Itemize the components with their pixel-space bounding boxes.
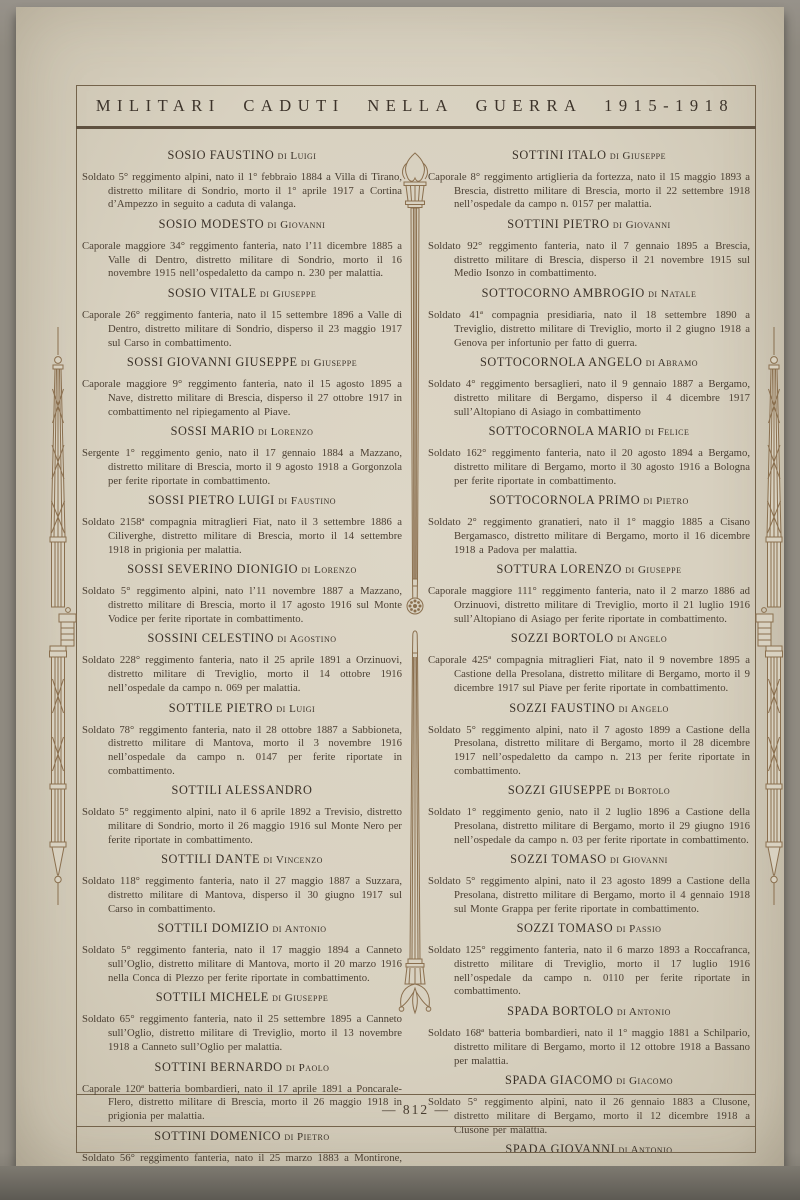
scanned-book-photo: MILITARI CADUTI NELLA GUERRA 1915-1918 S… — [0, 0, 800, 1200]
fasces-right-icon — [754, 327, 794, 905]
soldier-patronymic: di Giuseppe — [622, 564, 681, 576]
soldier-name-heading: SOTTILI MICHELE di Giuseppe — [82, 985, 402, 1007]
soldier-name: SOSSI MARIO — [171, 424, 255, 438]
soldier-name: SOTTILE PIETRO — [169, 701, 273, 715]
soldier-name: SOTTILI DOMIZIO — [157, 921, 269, 935]
soldier-record: Soldato 228° reggimento fanteria, nato i… — [82, 654, 402, 695]
soldier-entry: SOTTILE PIETRO di Luigi Soldato 78° regg… — [82, 696, 402, 779]
soldier-patronymic: di Giovanni — [610, 219, 671, 231]
soldier-patronymic: di Faustino — [275, 495, 336, 507]
soldier-name-heading: SOTTILE PIETRO di Luigi — [82, 696, 402, 718]
torch-column-icon — [397, 149, 433, 611]
soldier-record: Caporale maggiore 34° reggimento fanteri… — [82, 240, 402, 281]
soldier-name: SOTTINI PIETRO — [507, 217, 609, 231]
soldier-patronymic: di Luigi — [274, 150, 316, 162]
soldier-entry: SOSSI PIETRO LUIGI di Faustino Soldato 2… — [82, 488, 402, 557]
soldier-name: SOTTINI BERNARDO — [155, 1060, 283, 1074]
soldier-record: Soldato 5° reggimento alpini, nato il 23… — [428, 875, 750, 916]
soldier-patronymic: di Giacomo — [613, 1075, 673, 1087]
soldier-record: Soldato 168ª batteria bombardieri, nato … — [428, 1027, 750, 1068]
footer-rule-box — [76, 1126, 756, 1153]
soldier-patronymic: di Pietro — [640, 495, 689, 507]
soldier-name-heading: SOSSI PIETRO LUIGI di Faustino — [82, 488, 402, 510]
soldier-entry: SOZZI BORTOLO di Angelo Caporale 425ª co… — [428, 626, 750, 695]
soldier-name: SOSIO VITALE — [168, 286, 257, 300]
soldier-entry: SOSSI GIOVANNI GIUSEPPE di Giuseppe Capo… — [82, 350, 402, 419]
soldier-name-heading: SOTTINI PIETRO di Giovanni — [428, 212, 750, 234]
soldier-entry: SOTTILI MICHELE di Giuseppe Soldato 65° … — [82, 985, 402, 1054]
soldier-patronymic: di Giovanni — [607, 854, 668, 866]
soldier-name-heading: SOZZI FAUSTINO di Angelo — [428, 696, 750, 718]
soldier-patronymic: di Giuseppe — [269, 992, 328, 1004]
soldier-name-heading: SOTTILI DANTE di Vincenzo — [82, 847, 402, 869]
soldier-entry: SOTTILI ALESSANDRO Soldato 5° reggimento… — [82, 778, 402, 847]
soldier-name: SPADA GIACOMO — [505, 1073, 613, 1087]
soldier-record: Caporale maggiore 9° reggimento fanteria… — [82, 378, 402, 419]
soldier-name: SOZZI GIUSEPPE — [508, 783, 612, 797]
soldier-name-heading: SOTTILI DOMIZIO di Antonio — [82, 916, 402, 938]
soldier-record: Soldato 2158ª compagnia mitraglieri Fiat… — [82, 516, 402, 557]
book-page: MILITARI CADUTI NELLA GUERRA 1915-1918 S… — [16, 7, 784, 1167]
soldier-name-heading: SOTTOCORNOLA PRIMO di Pietro — [428, 488, 750, 510]
soldier-name-heading: SOTTURA LORENZO di Giuseppe — [428, 557, 750, 579]
soldier-record: Caporale 8° reggimento artiglieria da fo… — [428, 171, 750, 212]
soldier-name-heading: SOSSI GIOVANNI GIUSEPPE di Giuseppe — [82, 350, 402, 372]
soldier-entry: SOTTOCORNO AMBROGIO di Natale Soldato 41… — [428, 281, 750, 350]
soldier-name-heading: SOSSI MARIO di Lorenzo — [82, 419, 402, 441]
soldier-name: SOSSI PIETRO LUIGI — [148, 493, 275, 507]
soldier-name-heading: SOTTINI BERNARDO di Paolo — [82, 1055, 402, 1077]
soldier-record: Soldato 4° reggimento bersaglieri, nato … — [428, 378, 750, 419]
soldier-entry: SOSIO MODESTO di Giovanni Caporale maggi… — [82, 212, 402, 281]
soldier-record: Soldato 118° reggimento fanteria, nato i… — [82, 875, 402, 916]
soldier-entry: SOTTINI PIETRO di Giovanni Soldato 92° r… — [428, 212, 750, 281]
soldier-name-heading: SOTTOCORNOLA MARIO di Felice — [428, 419, 750, 441]
soldier-record: Soldato 65° reggimento fanteria, nato il… — [82, 1013, 402, 1054]
soldier-patronymic: di Natale — [645, 288, 697, 300]
soldier-entry: SOTTOCORNOLA MARIO di Felice Soldato 162… — [428, 419, 750, 488]
soldier-name-heading: SPADA GIACOMO di Giacomo — [428, 1068, 750, 1090]
soldier-name: SOTTOCORNOLA ANGELO — [480, 355, 643, 369]
soldier-name-heading: SOSSI SEVERINO DIONIGIO di Lorenzo — [82, 557, 402, 579]
soldier-patronymic: di Luigi — [273, 703, 315, 715]
soldier-patronymic: di Lorenzo — [255, 426, 314, 438]
soldier-name: SOZZI TOMASO — [517, 921, 614, 935]
soldier-record: Soldato 78° reggimento fanteria, nato il… — [82, 724, 402, 779]
page-header: MILITARI CADUTI NELLA GUERRA 1915-1918 — [76, 86, 754, 126]
column-right: SOTTINI ITALO di Giuseppe Caporale 8° re… — [428, 143, 750, 1091]
soldier-name-heading: SOZZI BORTOLO di Angelo — [428, 626, 750, 648]
soldier-name-heading: SOSIO FAUSTINO di Luigi — [82, 143, 402, 165]
soldier-entry: SOZZI TOMASO di Passio Soldato 125° regg… — [428, 916, 750, 999]
soldier-name-heading: SOZZI GIUSEPPE di Bortolo — [428, 778, 750, 800]
soldier-entry: SOTTOCORNOLA PRIMO di Pietro Soldato 2° … — [428, 488, 750, 557]
soldier-record: Caporale maggiore 111° reggimento fanter… — [428, 585, 750, 626]
soldier-record: Caporale 425ª compagnia mitraglieri Fiat… — [428, 654, 750, 695]
fasces-left-icon — [38, 327, 78, 905]
soldier-name-heading: SOZZI TOMASO di Passio — [428, 916, 750, 938]
soldier-name: SOTTILI ALESSANDRO — [172, 783, 313, 797]
soldier-name: SOTTILI DANTE — [161, 852, 260, 866]
page-number-box: — 812 — — [76, 1093, 756, 1127]
soldier-patronymic: di Angelo — [614, 633, 667, 645]
soldier-patronymic: di Antonio — [614, 1006, 671, 1018]
soldier-patronymic: di Abramo — [642, 357, 698, 369]
soldier-record: Soldato 1° reggimento genio, nato il 2 l… — [428, 806, 750, 847]
soldier-name: SOSIO MODESTO — [159, 217, 265, 231]
soldier-patronymic: di Felice — [642, 426, 690, 438]
soldier-name-heading: SOTTILI ALESSANDRO — [82, 778, 402, 800]
soldier-entry: SOTTILI DOMIZIO di Antonio Soldato 5° re… — [82, 916, 402, 985]
soldier-record: Soldato 5° reggimento alpini, nato il 1°… — [82, 171, 402, 212]
title-rule — [76, 126, 756, 129]
soldier-record: Soldato 5° reggimento fanteria, nato il … — [82, 944, 402, 985]
soldier-record: Soldato 5° reggimento alpini, nato l’11 … — [82, 585, 402, 626]
soldier-patronymic: di Angelo — [615, 703, 668, 715]
soldier-entry: SPADA BORTOLO di Antonio Soldato 168ª ba… — [428, 999, 750, 1068]
soldier-name-heading: SOTTOCORNO AMBROGIO di Natale — [428, 281, 750, 303]
column-left: SOSIO FAUSTINO di Luigi Soldato 5° reggi… — [82, 143, 402, 1091]
soldier-name: SOTTILI MICHELE — [156, 990, 269, 1004]
soldier-name-heading: SOSSINI CELESTINO di Agostino — [82, 626, 402, 648]
soldier-name-heading: SOZZI TOMASO di Giovanni — [428, 847, 750, 869]
soldier-name-heading: SOTTOCORNOLA ANGELO di Abramo — [428, 350, 750, 372]
soldier-name: SOSSI GIOVANNI GIUSEPPE — [127, 355, 298, 369]
soldier-record: Soldato 162° reggimento fanteria, nato i… — [428, 447, 750, 488]
soldier-entry: SOTTILI DANTE di Vincenzo Soldato 118° r… — [82, 847, 402, 916]
soldier-entry: SOSSINI CELESTINO di Agostino Soldato 22… — [82, 626, 402, 695]
soldier-patronymic: di Agostino — [274, 633, 336, 645]
soldier-entry: SOTTOCORNOLA ANGELO di Abramo Soldato 4°… — [428, 350, 750, 419]
soldier-name: SOTTINI ITALO — [512, 148, 607, 162]
soldier-patronymic: di Lorenzo — [298, 564, 357, 576]
soldier-name: SOTTOCORNO AMBROGIO — [482, 286, 645, 300]
soldier-entry: SOZZI TOMASO di Giovanni Soldato 5° regg… — [428, 847, 750, 916]
soldier-patronymic: di Giovanni — [264, 219, 325, 231]
rosette-icon — [406, 597, 424, 615]
soldier-patronymic: di Passio — [613, 923, 661, 935]
soldier-name: SOSSINI CELESTINO — [147, 631, 274, 645]
soldier-record: Soldato 2° reggimento granatieri, nato i… — [428, 516, 750, 557]
soldier-name-heading: SOSIO VITALE di Giuseppe — [82, 281, 402, 303]
soldier-name: SOZZI TOMASO — [510, 852, 607, 866]
soldier-record: Sergente 1° reggimento genio, nato il 17… — [82, 447, 402, 488]
soldier-name: SOSIO FAUSTINO — [168, 148, 275, 162]
soldier-patronymic: di Antonio — [269, 923, 326, 935]
soldier-entry: SOSSI SEVERINO DIONIGIO di Lorenzo Solda… — [82, 557, 402, 626]
soldier-record: Soldato 41ª compagnia presidiaria, nato … — [428, 309, 750, 350]
page-number: — 812 — — [382, 1102, 450, 1118]
soldier-patronymic: di Paolo — [283, 1062, 330, 1074]
soldier-entry: SOZZI GIUSEPPE di Bortolo Soldato 1° reg… — [428, 778, 750, 847]
soldier-name-heading: SPADA BORTOLO di Antonio — [428, 999, 750, 1021]
page-title: MILITARI CADUTI NELLA GUERRA 1915-1918 — [96, 96, 734, 116]
soldier-name: SOTTURA LORENZO — [497, 562, 622, 576]
soldier-entry: SOTTURA LORENZO di Giuseppe Caporale mag… — [428, 557, 750, 626]
soldier-patronymic: di Giuseppe — [607, 150, 666, 162]
soldier-patronymic: di Bortolo — [612, 785, 671, 797]
soldier-entry: SOSIO FAUSTINO di Luigi Soldato 5° reggi… — [82, 143, 402, 212]
soldier-record: Soldato 5° reggimento alpini, nato il 7 … — [428, 724, 750, 779]
soldier-name: SPADA BORTOLO — [507, 1004, 614, 1018]
soldier-name: SOTTOCORNOLA PRIMO — [489, 493, 640, 507]
soldier-entry: SOTTINI ITALO di Giuseppe Caporale 8° re… — [428, 143, 750, 212]
soldier-entry: SOSIO VITALE di Giuseppe Caporale 26° re… — [82, 281, 402, 350]
soldier-entry: SOSSI MARIO di Lorenzo Sergente 1° reggi… — [82, 419, 402, 488]
soldier-name-heading: SOSIO MODESTO di Giovanni — [82, 212, 402, 234]
soldier-name: SOZZI BORTOLO — [511, 631, 614, 645]
soldier-record: Soldato 125° reggimento fanteria, nato i… — [428, 944, 750, 999]
soldier-name: SOTTOCORNOLA MARIO — [489, 424, 642, 438]
column-base-ornament-icon — [397, 629, 433, 1057]
soldier-name: SOZZI FAUSTINO — [509, 701, 615, 715]
photo-backdrop-shadow — [0, 1166, 800, 1200]
soldier-name-heading: SOTTINI ITALO di Giuseppe — [428, 143, 750, 165]
soldier-entry: SOZZI FAUSTINO di Angelo Soldato 5° regg… — [428, 696, 750, 779]
soldier-patronymic: di Vincenzo — [260, 854, 323, 866]
soldier-patronymic: di Giuseppe — [257, 288, 316, 300]
soldier-record: Soldato 92° reggimento fanteria, nato il… — [428, 240, 750, 281]
soldier-record: Soldato 5° reggimento alpini, nato il 6 … — [82, 806, 402, 847]
soldier-patronymic: di Giuseppe — [298, 357, 357, 369]
soldier-record: Caporale 26° reggimento fanteria, nato i… — [82, 309, 402, 350]
soldier-name: SOSSI SEVERINO DIONIGIO — [127, 562, 298, 576]
